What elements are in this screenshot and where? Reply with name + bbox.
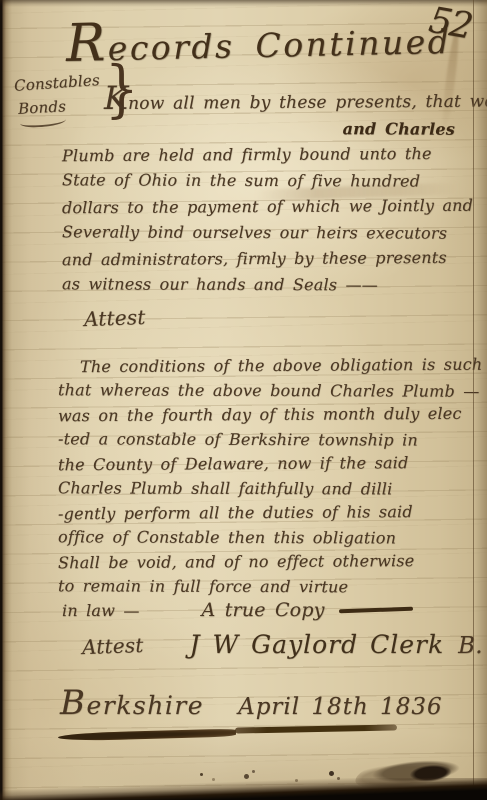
handwritten-line: that whereas the above bound Charles Plu… (58, 378, 473, 404)
handwritten-line: as witness our hands and Seals —— (62, 271, 469, 298)
handwritten-line: Shall be void, and of no effect otherwis… (58, 549, 473, 576)
handwritten-line: Charles Plumb shall faithfully and dilli (58, 476, 473, 502)
page-bottom-edge (0, 778, 487, 800)
page-top-edge (0, 0, 487, 7)
dateline: Berkshire April 18th 1836 (60, 683, 443, 723)
bond-paragraph: Know all men by these presents, that we … (62, 84, 469, 298)
ink-flourish-rule-right (235, 724, 397, 733)
handwritten-line: was on the fourth day of this month duly… (58, 402, 473, 429)
attest-label: Attest (82, 633, 144, 659)
conditions-paragraph: The conditions of the above obligation i… (58, 354, 473, 599)
handwritten-line: dollars to the payment of which we Joint… (62, 193, 469, 221)
ink-specks (200, 773, 203, 776)
page-right-edge (473, 0, 487, 800)
handwritten-line: and Charles (62, 115, 469, 142)
dateline-place: Berkshire (60, 683, 204, 723)
binding-edge (0, 0, 12, 800)
closing-line: in law — A true Copy (62, 599, 413, 621)
ledger-page: 52 Records Continued Constables Bonds } … (0, 0, 487, 800)
handwritten-line: office of Constable then this obligation (58, 525, 473, 551)
handwritten-line: Plumb are held and firmly bound unto the (62, 141, 469, 169)
margin-note-flourish (20, 115, 67, 128)
handwritten-line: -ted a constable of Berkshire township i… (58, 427, 473, 453)
handwritten-line: The conditions of the above obligation i… (58, 353, 473, 380)
signature-line: Attest J W Gaylord Clerk B. T. (82, 630, 487, 659)
clerk-signature: J W Gaylord Clerk (190, 630, 445, 659)
handwritten-line: in law — (62, 601, 140, 620)
handwritten-line: Know all men by these presents, that we (62, 83, 469, 117)
handwritten-line: State of Ohio in the sum of five hundred (62, 167, 469, 194)
handwritten-line: Severally bind ourselves our heirs execu… (62, 219, 469, 246)
handwritten-line: and administrators, firmly by these pres… (62, 245, 469, 273)
handwritten-line: -gently perform all the duties of his sa… (58, 500, 473, 527)
attest-label: Attest (84, 305, 146, 331)
true-copy-label: A true Copy (202, 599, 325, 621)
ink-flourish-rule-left (58, 729, 236, 742)
handwritten-line: to remain in full force and virtue (58, 574, 473, 600)
ink-dash (339, 607, 413, 614)
handwritten-line: the County of Delaware, now if the said (58, 451, 473, 478)
dateline-date: April 18th 1836 (238, 694, 443, 720)
